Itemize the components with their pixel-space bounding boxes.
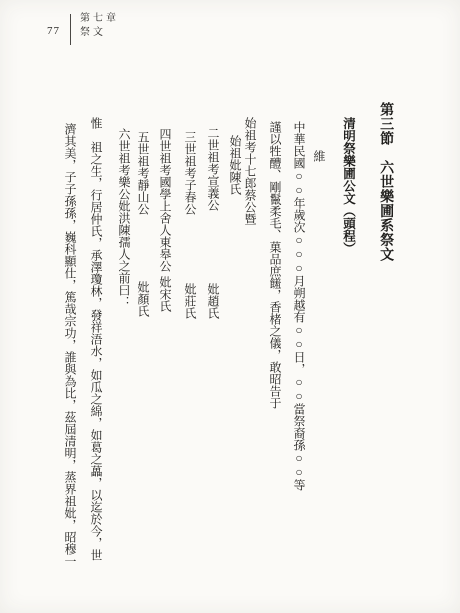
running-head-chapter: 第七章	[80, 12, 119, 26]
first-ancestor-line: 始祖考十七郎蔡公暨	[243, 117, 256, 225]
running-header: 77 第七章 祭文	[36, 12, 119, 45]
gen4-consort-line: 妣宋氏	[158, 276, 171, 312]
opening-wei: 維	[312, 150, 325, 162]
section-title: 第三節 六世樂圃系祭文	[378, 102, 393, 262]
gen3-ancestor-line: 三世祖考子春公	[183, 131, 196, 215]
first-ancestress-line: 始祖妣陳氏	[228, 135, 241, 195]
gen3-consort-line: 妣莊氏	[183, 283, 196, 319]
eulogy-line-1: 惟 祖之生，行居仲氏，承澤瓊林，發祥浯水，如瓜之綿，如葛之藟，以迄於今，世	[89, 117, 102, 561]
gen2-consort-line: 妣趙氏	[206, 283, 219, 319]
gen5-ancestor-line: 五世祖考靜山公	[136, 131, 149, 215]
page-number: 77	[36, 25, 60, 37]
gen6-ancestor-line: 六世祖考樂公妣洪陳孺人之前曰：	[117, 128, 130, 308]
eulogy-line-2: 濟其美，子子孫孫，巍科顯仕，篤哉宗功，誰與為比，茲屆清明，蒸界祖妣，昭穆一	[63, 123, 76, 567]
gen5-consort-line: 妣顏氏	[136, 281, 149, 317]
header-divider	[70, 14, 71, 45]
gen2-ancestor-line: 二世祖考宣義公	[206, 127, 219, 211]
subtitle-qingming-text: 清明祭樂圃公文︵頭程︶	[341, 117, 355, 255]
gen4-ancestor-line: 四世祖考國學上舍人東皋公	[158, 128, 171, 272]
date-line: 中華民國○○年歲次○○○月朔越有○○日，○○當祭裔孫○○等	[292, 121, 305, 491]
offerings-line: 謹以牲醴、剛鬣柔毛、菓品庶饈，香楮之儀，敢昭告于	[268, 121, 281, 409]
running-head-section: 祭文	[80, 26, 119, 40]
book-page: 77 第七章 祭文 第三節 六世樂圃系祭文 清明祭樂圃公文︵頭程︶ 維 中華民國…	[0, 0, 460, 613]
running-head-text: 第七章 祭文	[80, 12, 119, 40]
